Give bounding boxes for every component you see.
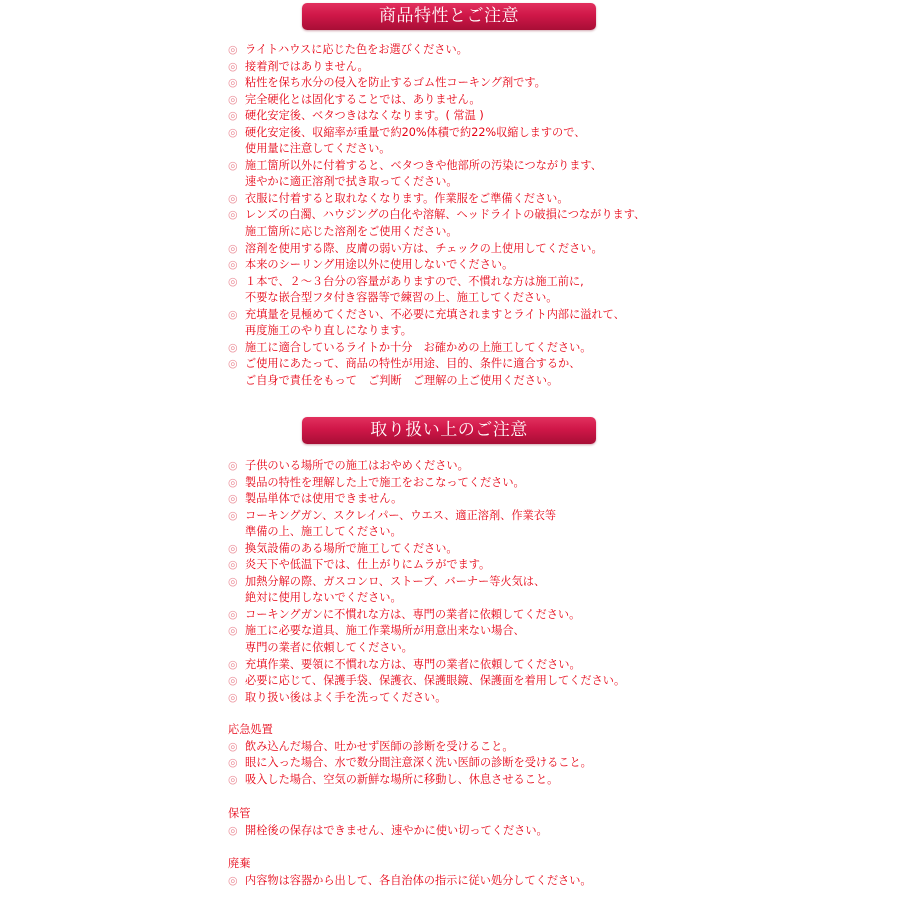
banner-title: 取り扱い上のご注意	[370, 420, 528, 440]
disposal-section: 廃棄 ◎内容物は容器から出して、各自治体の指示に従い処分してください。	[228, 856, 688, 889]
list-item-line: ◎衣服に付着すると取れなくなります。作業服をご準備ください。	[228, 191, 688, 208]
list-item-line: ◎粘性を保ち水分の侵入を防止するゴム性コーキング剤です。	[228, 75, 688, 92]
list-item: ◎製品単体では使用できません。	[228, 491, 688, 508]
double-circle-bullet-icon: ◎	[228, 690, 243, 707]
list-item-text: 施工に必要な道具、施工作業場所が用意出来ない場合、	[245, 624, 525, 637]
double-circle-bullet-icon: ◎	[228, 274, 243, 291]
list-item: ◎レンズの白濁、ハウジングの白化や溶解、ヘッドライトの破損につながります、施工箇…	[228, 207, 688, 240]
list-item-line: ◎１本で、２～３台分の容量がありますので、不慣れな方は施工前に,	[228, 274, 688, 291]
list-item-line: ◎本来のシーリング用途以外に使用しないでください。	[228, 257, 688, 274]
list-item-text: コーキングガンに不慣れな方は、専門の業者に依頼してください。	[245, 608, 580, 621]
list-item-line: ◎施工に適合しているライトか十分 お確かめの上施工してください。	[228, 340, 688, 357]
list-item-line: ◎硬化安定後、収縮率が重量で約20%体積で約22%収縮しますので、	[228, 125, 688, 142]
list-item: ◎硬化安定後、ベタつきはなくなります。( 常温 )	[228, 108, 688, 125]
list-item-text: 内容物は容器から出して、各自治体の指示に従い処分してください。	[245, 874, 592, 887]
double-circle-bullet-icon: ◎	[228, 75, 243, 92]
section-banner-product-characteristics: 商品特性とご注意	[302, 3, 596, 30]
list-item-text: 充填量を見極めてください、不必要に充填されますとライト内部に溢れて、	[245, 308, 625, 321]
list-item-text: 本来のシーリング用途以外に使用しないでください。	[245, 258, 513, 271]
double-circle-bullet-icon: ◎	[228, 657, 243, 674]
list-item: ◎粘性を保ち水分の侵入を防止するゴム性コーキング剤です。	[228, 75, 688, 92]
double-circle-bullet-icon: ◎	[228, 108, 243, 125]
list-item-continuation-line: 準備の上、施工してください。	[228, 524, 688, 541]
list-item-line: ◎接着剤ではありません。	[228, 59, 688, 76]
list-item-text: 溶剤を使用する際、皮膚の弱い方は、チェックの上使用してください。	[245, 242, 603, 255]
list-item-line: ◎溶剤を使用する際、皮膚の弱い方は、チェックの上使用してください。	[228, 241, 688, 258]
double-circle-bullet-icon: ◎	[228, 475, 243, 492]
double-circle-bullet-icon: ◎	[228, 207, 243, 224]
list-item-text: 絶対に使用しないでください。	[245, 591, 402, 604]
list-item-text: 施工に適合しているライトか十分 お確かめの上施工してください。	[245, 341, 591, 354]
double-circle-bullet-icon: ◎	[228, 557, 243, 574]
list-item-text: コーキングガン、スクレイパー、ウエス、適正溶剤、作業衣等	[245, 509, 556, 522]
list-item-text: 飲み込んだ場合、吐かせず医師の診断を受けること。	[245, 740, 514, 753]
list-item-text: 製品の特性を理解した上で施工をおこなってください。	[245, 476, 525, 489]
list-item: ◎炎天下や低温下では、仕上がりにムラがでます。	[228, 557, 688, 574]
section-banner-handling-precautions: 取り扱い上のご注意	[302, 417, 596, 444]
double-circle-bullet-icon: ◎	[228, 623, 243, 640]
list-item-text: 充填作業、要領に不慣れな方は、専門の業者に依頼してください。	[245, 658, 581, 671]
double-circle-bullet-icon: ◎	[228, 191, 243, 208]
list-item-continuation-line: 専門の業者に依頼してください。	[228, 640, 688, 657]
list-item-line: ◎コーキングガンに不慣れな方は、専門の業者に依頼してください。	[228, 607, 688, 624]
product-characteristics-list: ◎ライトハウスに応じた色をお選びください。◎接着剤ではありません。◎粘性を保ち水…	[228, 42, 688, 389]
double-circle-bullet-icon: ◎	[228, 541, 243, 558]
list-item-line: ◎製品単体では使用できません。	[228, 491, 688, 508]
double-circle-bullet-icon: ◎	[228, 340, 243, 357]
storage-section: 保管 ◎開栓後の保存はできません、速やかに使い切ってください。	[228, 806, 688, 839]
double-circle-bullet-icon: ◎	[228, 92, 243, 109]
list-item-continuation-line: 使用量に注意してください。	[228, 141, 688, 158]
list-item-text: 専門の業者に依頼してください。	[245, 641, 413, 654]
list-item-line: ◎コーキングガン、スクレイパー、ウエス、適正溶剤、作業衣等	[228, 508, 688, 525]
list-item-line: ◎子供のいる場所での施工はおやめください。	[228, 458, 688, 475]
list-item: ◎本来のシーリング用途以外に使用しないでください。	[228, 257, 688, 274]
list-item-line: ◎レンズの白濁、ハウジングの白化や溶解、ヘッドライトの破損につながります、	[228, 207, 688, 224]
double-circle-bullet-icon: ◎	[228, 739, 243, 756]
list-item: ◎必要に応じて、保護手袋、保護衣、保護眼鏡、保護面を着用してください。	[228, 673, 688, 690]
list-item-line: ◎製品の特性を理解した上で施工をおこなってください。	[228, 475, 688, 492]
list-item-text: 加熱分解の際、ガスコンロ、ストーブ、バーナー等火気は、	[245, 575, 545, 588]
list-item-continuation-line: 施工箇所に応じた溶剤をご使用ください。	[228, 224, 688, 241]
list-item: ◎溶剤を使用する際、皮膚の弱い方は、チェックの上使用してください。	[228, 241, 688, 258]
list-item: ◎１本で、２～３台分の容量がありますので、不慣れな方は施工前に,不要な嵌合型フタ…	[228, 274, 688, 307]
list-item-line: ◎充填量を見極めてください、不必要に充填されますとライト内部に溢れて、	[228, 307, 688, 324]
banner-title: 商品特性とご注意	[379, 6, 519, 26]
list-item: ◎眼に入った場合、水で数分間注意深く洗い医師の診断を受けること。	[228, 755, 688, 772]
double-circle-bullet-icon: ◎	[228, 458, 243, 475]
list-item-text: 完全硬化とは固化することでは、ありません。	[245, 93, 481, 106]
list-item-line: ◎硬化安定後、ベタつきはなくなります。( 常温 )	[228, 108, 688, 125]
list-item-line: ◎必要に応じて、保護手袋、保護衣、保護眼鏡、保護面を着用してください。	[228, 673, 688, 690]
list-item-line: ◎眼に入った場合、水で数分間注意深く洗い医師の診断を受けること。	[228, 755, 688, 772]
double-circle-bullet-icon: ◎	[228, 59, 243, 76]
list-item-text: ご自身で責任をもって ご判断 ご理解の上ご使用ください。	[245, 374, 558, 387]
list-item-line: ◎炎天下や低温下では、仕上がりにムラがでます。	[228, 557, 688, 574]
list-item-text: １本で、２～３台分の容量がありますので、不慣れな方は施工前に,	[245, 275, 584, 288]
list-item: ◎コーキングガン、スクレイパー、ウエス、適正溶剤、作業衣等準備の上、施工してくだ…	[228, 508, 688, 541]
list-item-continuation-line: 絶対に使用しないでください。	[228, 590, 688, 607]
list-item-text: 吸入した場合、空気の新鮮な場所に移動し、休息させること。	[245, 773, 558, 786]
first-aid-section: 応急処置 ◎飲み込んだ場合、吐かせず医師の診断を受けること。◎眼に入った場合、水…	[228, 722, 688, 788]
list-item-text: 炎天下や低温下では、仕上がりにムラがでます。	[245, 558, 490, 571]
list-item: ◎完全硬化とは固化することでは、ありません。	[228, 92, 688, 109]
list-item-continuation-line: 再度施工のやり直しになります。	[228, 323, 688, 340]
list-item-text: 粘性を保ち水分の侵入を防止するゴム性コーキング剤です。	[245, 76, 546, 89]
list-item-text: 不要な嵌合型フタ付き容器等で練習の上、施工してください。	[245, 291, 557, 304]
list-item: ◎衣服に付着すると取れなくなります。作業服をご準備ください。	[228, 191, 688, 208]
list-item-text: 施工箇所以外に付着すると、ベタつきや他部所の汚染につながります、	[245, 159, 602, 172]
list-item-continuation-line: 速やかに適正溶剤で拭き取ってください。	[228, 174, 688, 191]
first-aid-heading: 応急処置	[228, 722, 688, 739]
double-circle-bullet-icon: ◎	[228, 257, 243, 274]
double-circle-bullet-icon: ◎	[228, 607, 243, 624]
list-item-text: 接着剤ではありません。	[245, 60, 369, 73]
list-item-line: ◎加熱分解の際、ガスコンロ、ストーブ、バーナー等火気は、	[228, 574, 688, 591]
list-item-text: 硬化安定後、収縮率が重量で約20%体積で約22%収縮しますので、	[245, 126, 585, 139]
list-item-line: ◎充填作業、要領に不慣れな方は、専門の業者に依頼してください。	[228, 657, 688, 674]
list-item: ◎取り扱い後はよく手を洗ってください。	[228, 690, 688, 707]
list-item: ◎換気設備のある場所で施工してください。	[228, 541, 688, 558]
double-circle-bullet-icon: ◎	[228, 823, 243, 840]
list-item: ◎加熱分解の際、ガスコンロ、ストーブ、バーナー等火気は、絶対に使用しないでくださ…	[228, 574, 688, 607]
list-item-text: レンズの白濁、ハウジングの白化や溶解、ヘッドライトの破損につながります、	[245, 208, 645, 221]
list-item-line: ◎取り扱い後はよく手を洗ってください。	[228, 690, 688, 707]
list-item: ◎ご使用にあたって、商品の特性が用途、目的、条件に適合するか、ご自身で責任をもっ…	[228, 356, 688, 389]
list-item-text: 準備の上、施工してください。	[245, 525, 402, 538]
list-item: ◎充填量を見極めてください、不必要に充填されますとライト内部に溢れて、再度施工の…	[228, 307, 688, 340]
double-circle-bullet-icon: ◎	[228, 772, 243, 789]
list-item-text: 衣服に付着すると取れなくなります。作業服をご準備ください。	[245, 192, 569, 205]
list-item-text: 必要に応じて、保護手袋、保護衣、保護眼鏡、保護面を着用してください。	[245, 674, 625, 687]
list-item-line: ◎吸入した場合、空気の新鮮な場所に移動し、休息させること。	[228, 772, 688, 789]
list-item: ◎子供のいる場所での施工はおやめください。	[228, 458, 688, 475]
list-item: ◎硬化安定後、収縮率が重量で約20%体積で約22%収縮しますので、使用量に注意し…	[228, 125, 688, 158]
double-circle-bullet-icon: ◎	[228, 241, 243, 258]
list-item-line: ◎完全硬化とは固化することでは、ありません。	[228, 92, 688, 109]
list-item-line: ◎施工箇所以外に付着すると、ベタつきや他部所の汚染につながります、	[228, 158, 688, 175]
list-item: ◎施工箇所以外に付着すると、ベタつきや他部所の汚染につながります、速やかに適正溶…	[228, 158, 688, 191]
list-item-text: 子供のいる場所での施工はおやめください。	[245, 459, 469, 472]
list-item-line: ◎施工に必要な道具、施工作業場所が用意出来ない場合、	[228, 623, 688, 640]
double-circle-bullet-icon: ◎	[228, 673, 243, 690]
list-item: ◎接着剤ではありません。	[228, 59, 688, 76]
double-circle-bullet-icon: ◎	[228, 508, 243, 525]
list-item-text: 開栓後の保存はできません、速やかに使い切ってください。	[245, 824, 548, 837]
list-item-line: ◎内容物は容器から出して、各自治体の指示に従い処分してください。	[228, 873, 688, 890]
list-item: ◎飲み込んだ場合、吐かせず医師の診断を受けること。	[228, 739, 688, 756]
list-item-line: ◎換気設備のある場所で施工してください。	[228, 541, 688, 558]
list-item-continuation-line: ご自身で責任をもって ご判断 ご理解の上ご使用ください。	[228, 373, 688, 390]
list-item: ◎施工に必要な道具、施工作業場所が用意出来ない場合、専門の業者に依頼してください…	[228, 623, 688, 656]
list-item: ◎充填作業、要領に不慣れな方は、専門の業者に依頼してください。	[228, 657, 688, 674]
disposal-heading: 廃棄	[228, 856, 688, 873]
list-item-text: 眼に入った場合、水で数分間注意深く洗い医師の診断を受けること。	[245, 756, 592, 769]
list-item: ◎内容物は容器から出して、各自治体の指示に従い処分してください。	[228, 873, 688, 890]
double-circle-bullet-icon: ◎	[228, 491, 243, 508]
list-item-line: ◎開栓後の保存はできません、速やかに使い切ってください。	[228, 823, 688, 840]
list-item: ◎吸入した場合、空気の新鮮な場所に移動し、休息させること。	[228, 772, 688, 789]
list-item-text: 施工箇所に応じた溶剤をご使用ください。	[245, 225, 458, 238]
list-item-line: ◎飲み込んだ場合、吐かせず医師の診断を受けること。	[228, 739, 688, 756]
list-item-text: 換気設備のある場所で施工してください。	[245, 542, 458, 555]
double-circle-bullet-icon: ◎	[228, 755, 243, 772]
list-item-text: 速やかに適正溶剤で拭き取ってください。	[245, 175, 458, 188]
handling-precautions-list: ◎子供のいる場所での施工はおやめください。◎製品の特性を理解した上で施工をおこな…	[228, 458, 688, 706]
list-item-line: ◎ご使用にあたって、商品の特性が用途、目的、条件に適合するか、	[228, 356, 688, 373]
double-circle-bullet-icon: ◎	[228, 356, 243, 373]
list-item: ◎施工に適合しているライトか十分 お確かめの上施工してください。	[228, 340, 688, 357]
list-item-text: 再度施工のやり直しになります。	[245, 324, 412, 337]
double-circle-bullet-icon: ◎	[228, 574, 243, 591]
double-circle-bullet-icon: ◎	[228, 307, 243, 324]
list-item-line: ◎ライトハウスに応じた色をお選びください。	[228, 42, 688, 59]
list-item-text: 製品単体では使用できません。	[245, 492, 402, 505]
double-circle-bullet-icon: ◎	[228, 158, 243, 175]
list-item-text: 硬化安定後、ベタつきはなくなります。( 常温 )	[245, 109, 484, 122]
list-item: ◎製品の特性を理解した上で施工をおこなってください。	[228, 475, 688, 492]
list-item-text: 取り扱い後はよく手を洗ってください。	[245, 691, 446, 704]
list-item-continuation-line: 不要な嵌合型フタ付き容器等で練習の上、施工してください。	[228, 290, 688, 307]
list-item: ◎ライトハウスに応じた色をお選びください。	[228, 42, 688, 59]
storage-heading: 保管	[228, 806, 688, 823]
double-circle-bullet-icon: ◎	[228, 125, 243, 142]
list-item-text: ライトハウスに応じた色をお選びください。	[245, 43, 468, 56]
double-circle-bullet-icon: ◎	[228, 42, 243, 59]
list-item-text: 使用量に注意してください。	[245, 142, 390, 155]
list-item-text: ご使用にあたって、商品の特性が用途、目的、条件に適合するか、	[245, 357, 580, 370]
double-circle-bullet-icon: ◎	[228, 873, 243, 890]
list-item: ◎コーキングガンに不慣れな方は、専門の業者に依頼してください。	[228, 607, 688, 624]
list-item: ◎開栓後の保存はできません、速やかに使い切ってください。	[228, 823, 688, 840]
